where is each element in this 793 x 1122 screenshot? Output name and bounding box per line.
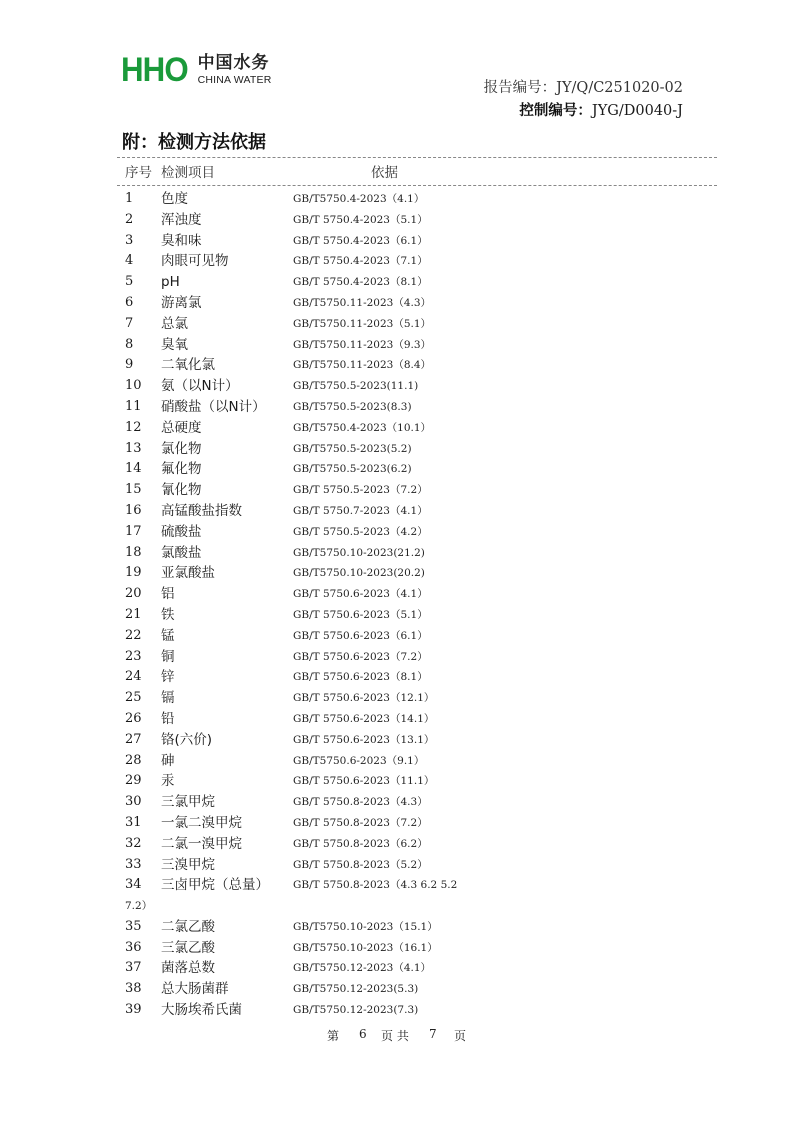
footer-total-pages: 7 [429,1027,437,1041]
row-number: 29 [125,771,142,792]
row-number: 27 [125,730,142,751]
table-row: 34三卤甲烷（总量）GB/T 5750.8-2023（4.3 6.2 5.2 [0,875,793,896]
method-basis: GB/T5750.6-2023（9.1） [293,751,424,772]
test-item: 二氯乙酸 [161,917,215,938]
table-row: 15氰化物GB/T 5750.5-2023（7.2） [0,480,793,501]
test-item: 色度 [161,189,188,210]
table-row: 14氟化物GB/T5750.5-2023(6.2) [0,459,793,480]
row-number: 7 [125,314,133,335]
table-row: 19亚氯酸盐GB/T5750.10-2023(20.2) [0,563,793,584]
method-table-body: 1色度GB/T5750.4-2023（4.1）2浑浊度GB/T 5750.4-2… [0,189,793,1021]
control-number-value: JYG/D0040-J [592,103,683,119]
table-row-wrap: 7.2） [0,896,793,917]
table-row: 7总氯GB/T5750.11-2023（5.1） [0,314,793,335]
table-row: 24锌GB/T 5750.6-2023（8.1） [0,667,793,688]
table-row: 25镉GB/T 5750.6-2023（12.1） [0,688,793,709]
method-basis: GB/T 5750.6-2023（12.1） [293,688,434,709]
method-basis: GB/T 5750.8-2023（5.2） [293,855,428,876]
test-item: 臭氧 [161,335,188,356]
table-top-divider [117,157,717,158]
method-basis: GB/T5750.11-2023（4.3） [293,293,431,314]
method-basis: GB/T 5750.6-2023（6.1） [293,626,428,647]
table-row: 6游离氯GB/T5750.11-2023（4.3） [0,293,793,314]
company-logo: HHO 中国水务 CHINA WATER [121,53,272,87]
logo-mark: HHO [121,53,188,87]
report-number-label: 报告编号： [484,80,557,96]
method-basis: GB/T5750.10-2023（15.1） [293,917,438,938]
table-row: 8臭氧GB/T5750.11-2023（9.3） [0,335,793,356]
control-number-label: 控制编号： [519,103,592,119]
test-item: 亚氯酸盐 [161,563,215,584]
row-number: 35 [125,917,142,938]
table-row: 33三溴甲烷GB/T 5750.8-2023（5.2） [0,855,793,876]
test-item: 锌 [161,667,175,688]
column-header-no: 序号 [125,161,152,181]
row-number: 13 [125,439,142,460]
table-row: 18氯酸盐GB/T5750.10-2023(21.2) [0,543,793,564]
method-basis: GB/T 5750.7-2023（4.1） [293,501,428,522]
table-row: 17硫酸盐GB/T 5750.5-2023（4.2） [0,522,793,543]
test-item: 硫酸盐 [161,522,202,543]
table-row: 26铅GB/T 5750.6-2023（14.1） [0,709,793,730]
method-basis: GB/T5750.10-2023（16.1） [293,938,438,959]
test-item: 大肠埃希氏菌 [161,1000,242,1021]
table-row: 32二氯一溴甲烷GB/T 5750.8-2023（6.2） [0,834,793,855]
table-row: 37菌落总数GB/T5750.12-2023（4.1） [0,958,793,979]
test-item: 铁 [161,605,175,626]
test-item: 锰 [161,626,175,647]
table-row: 29汞GB/T 5750.6-2023（11.1） [0,771,793,792]
test-item: 游离氯 [161,293,202,314]
logo-english-name: CHINA WATER [198,75,272,86]
column-header-item: 检测项目 [161,161,215,181]
test-item: 总硬度 [161,418,202,439]
test-item: 铜 [161,647,175,668]
row-number: 2 [125,210,133,231]
footer-ye-gong: 页 共 [381,1027,409,1044]
row-number: 36 [125,938,142,959]
method-basis: GB/T5750.10-2023(21.2) [293,543,425,564]
method-basis: GB/T 5750.4-2023（5.1） [293,210,428,231]
row-number: 11 [125,397,142,418]
test-item: 二氧化氯 [161,355,215,376]
table-row: 38总大肠菌群GB/T5750.12-2023(5.3) [0,979,793,1000]
method-basis: GB/T 5750.6-2023（11.1） [293,771,434,792]
table-row: 36三氯乙酸GB/T5750.10-2023（16.1） [0,938,793,959]
method-basis: GB/T 5750.8-2023（4.3） [293,792,428,813]
method-basis: GB/T 5750.4-2023（7.1） [293,251,428,272]
test-item: 铅 [161,709,175,730]
method-basis: GB/T5750.4-2023（10.1） [293,418,431,439]
test-item: 氨（以N计） [161,376,239,397]
row-number: 15 [125,480,142,501]
table-row: 11硝酸盐（以N计）GB/T5750.5-2023(8.3) [0,397,793,418]
test-item: 硝酸盐（以N计） [161,397,266,418]
method-basis: GB/T 5750.4-2023（8.1） [293,272,428,293]
footer-di: 第 [327,1027,339,1044]
method-basis: GB/T 5750.5-2023（7.2） [293,480,428,501]
method-basis-continuation: 7.2） [125,896,152,917]
footer-page-number: 6 [359,1027,367,1041]
test-item: 氟化物 [161,459,202,480]
test-item: 镉 [161,688,175,709]
method-basis: GB/T5750.5-2023(5.2) [293,439,412,460]
table-row: 10氨（以N计）GB/T5750.5-2023(11.1) [0,376,793,397]
row-number: 1 [125,189,133,210]
table-row: 30三氯甲烷GB/T 5750.8-2023（4.3） [0,792,793,813]
table-row: 21铁GB/T 5750.6-2023（5.1） [0,605,793,626]
test-item: 高锰酸盐指数 [161,501,242,522]
row-number: 17 [125,522,142,543]
table-row: 31一氯二溴甲烷GB/T 5750.8-2023（7.2） [0,813,793,834]
table-row: 16高锰酸盐指数GB/T 5750.7-2023（4.1） [0,501,793,522]
row-number: 6 [125,293,133,314]
test-item: 三溴甲烷 [161,855,215,876]
test-item: 铝 [161,584,175,605]
footer-ye: 页 [454,1027,466,1044]
row-number: 38 [125,979,142,1000]
method-basis: GB/T 5750.8-2023（6.2） [293,834,428,855]
table-row: 27铬(六价)GB/T 5750.6-2023（13.1） [0,730,793,751]
report-number: 报告编号：JY/Q/C251020-02 [484,76,683,97]
method-basis: GB/T 5750.6-2023（7.2） [293,647,428,668]
row-number: 3 [125,231,133,252]
row-number: 4 [125,251,133,272]
method-basis: GB/T 5750.5-2023（4.2） [293,522,428,543]
table-row: 1色度GB/T5750.4-2023（4.1） [0,189,793,210]
method-basis: GB/T 5750.6-2023（14.1） [293,709,434,730]
method-basis: GB/T5750.12-2023（4.1） [293,958,431,979]
row-number: 33 [125,855,142,876]
row-number: 19 [125,563,142,584]
row-number: 28 [125,751,142,772]
test-item: 一氯二溴甲烷 [161,813,242,834]
logo-chinese-name: 中国水务 [198,55,272,72]
table-row: 28砷GB/T5750.6-2023（9.1） [0,751,793,772]
method-basis: GB/T5750.11-2023（8.4） [293,355,431,376]
table-row: 22锰GB/T 5750.6-2023（6.1） [0,626,793,647]
row-number: 21 [125,605,142,626]
table-row: 23铜GB/T 5750.6-2023（7.2） [0,647,793,668]
method-basis: GB/T5750.5-2023(11.1) [293,376,418,397]
test-item: 三氯甲烷 [161,792,215,813]
table-row: 20铝GB/T 5750.6-2023（4.1） [0,584,793,605]
test-item: 砷 [161,751,175,772]
table-header-divider [117,185,717,186]
method-basis: GB/T 5750.6-2023（8.1） [293,667,428,688]
test-item: 汞 [161,771,175,792]
method-basis: GB/T5750.11-2023（5.1） [293,314,431,335]
row-number: 5 [125,272,133,293]
method-basis: GB/T 5750.6-2023（5.1） [293,605,428,626]
row-number: 24 [125,667,142,688]
method-basis: GB/T 5750.6-2023（4.1） [293,584,428,605]
test-item: 菌落总数 [161,958,215,979]
row-number: 10 [125,376,142,397]
column-header-basis: 依据 [371,161,398,181]
test-item: 浑浊度 [161,210,202,231]
table-row: 13氯化物GB/T5750.5-2023(5.2) [0,439,793,460]
test-item: 氰化物 [161,480,202,501]
method-basis: GB/T5750.5-2023(8.3) [293,397,412,418]
table-row: 2浑浊度GB/T 5750.4-2023（5.1） [0,210,793,231]
report-number-value: JY/Q/C251020-02 [556,80,683,96]
row-number: 14 [125,459,142,480]
method-basis: GB/T5750.12-2023(5.3) [293,979,418,1000]
row-number: 32 [125,834,142,855]
test-item: pH [161,272,180,293]
test-item: 总大肠菌群 [161,979,229,1000]
method-basis: GB/T5750.10-2023(20.2) [293,563,425,584]
row-number: 25 [125,688,142,709]
method-basis: GB/T5750.5-2023(6.2) [293,459,412,480]
row-number: 22 [125,626,142,647]
control-number: 控制编号：JYG/D0040-J [519,99,683,120]
test-item: 总氯 [161,314,188,335]
row-number: 9 [125,355,133,376]
test-item: 三卤甲烷（总量） [161,875,269,896]
row-number: 30 [125,792,142,813]
test-item: 肉眼可见物 [161,251,229,272]
row-number: 20 [125,584,142,605]
method-basis: GB/T 5750.6-2023（13.1） [293,730,434,751]
row-number: 39 [125,1000,142,1021]
table-row: 9二氧化氯GB/T5750.11-2023（8.4） [0,355,793,376]
row-number: 16 [125,501,142,522]
test-item: 铬(六价) [161,730,212,751]
table-row: 12总硬度GB/T5750.4-2023（10.1） [0,418,793,439]
method-basis: GB/T 5750.8-2023（4.3 6.2 5.2 [293,875,457,896]
row-number: 34 [125,875,142,896]
row-number: 18 [125,543,142,564]
test-item: 三氯乙酸 [161,938,215,959]
row-number: 26 [125,709,142,730]
table-row: 4肉眼可见物GB/T 5750.4-2023（7.1） [0,251,793,272]
test-item: 氯化物 [161,439,202,460]
table-row: 39大肠埃希氏菌GB/T5750.12-2023(7.3) [0,1000,793,1021]
test-item: 臭和味 [161,231,202,252]
method-basis: GB/T5750.4-2023（4.1） [293,189,424,210]
row-number: 37 [125,958,142,979]
table-row: 5pHGB/T 5750.4-2023（8.1） [0,272,793,293]
row-number: 31 [125,813,142,834]
row-number: 12 [125,418,142,439]
table-row: 35二氯乙酸GB/T5750.10-2023（15.1） [0,917,793,938]
method-basis: GB/T5750.12-2023(7.3) [293,1000,418,1021]
table-row: 3臭和味GB/T 5750.4-2023（6.1） [0,231,793,252]
test-item: 二氯一溴甲烷 [161,834,242,855]
row-number: 8 [125,335,133,356]
row-number: 23 [125,647,142,668]
page-title: 附：检测方法依据 [122,128,266,154]
method-basis: GB/T5750.11-2023（9.3） [293,335,431,356]
method-basis: GB/T 5750.8-2023（7.2） [293,813,428,834]
method-basis: GB/T 5750.4-2023（6.1） [293,231,428,252]
test-item: 氯酸盐 [161,543,202,564]
logo-text: 中国水务 CHINA WATER [198,55,272,86]
